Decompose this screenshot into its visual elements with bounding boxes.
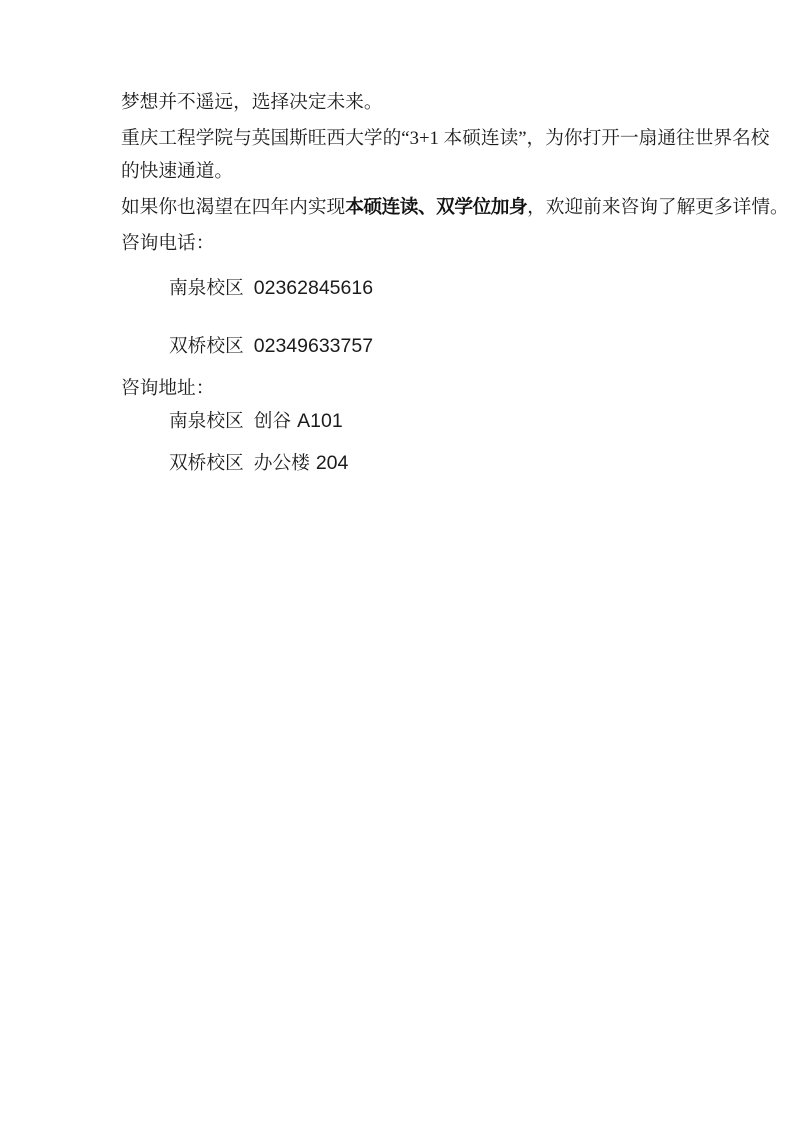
address-row-nanquan: 南泉校区创谷A101: [169, 405, 343, 438]
campus-label: 南泉校区: [169, 411, 244, 432]
phone-number: 02362845616: [254, 277, 373, 299]
program-paragraph-line1: 重庆工程学院与英国斯旺西大学的“3+1 本硕连读”，为你打开一扇通往世界名校: [121, 128, 770, 149]
campus-label: 南泉校区: [169, 278, 244, 299]
phone-number: 02349633757: [254, 335, 373, 357]
address-place: 创谷: [254, 411, 291, 432]
document-page: 梦想并不遥远，选择决定未来。 重庆工程学院与英国斯旺西大学的“3+1 本硕连读”…: [0, 0, 794, 1122]
program-paragraph: 重庆工程学院与英国斯旺西大学的“3+1 本硕连读”，为你打开一扇通往世界名校 的…: [121, 122, 770, 188]
invitation-prefix: 如果你也渴望在四年内实现: [121, 197, 345, 218]
invitation-suffix: ，欢迎前来咨询了解更多详情。: [527, 197, 789, 218]
address-section-heading: 咨询地址：: [121, 372, 214, 405]
invitation-bold-highlight: 本硕连读、双学位加身: [345, 196, 527, 217]
address-row-shuangqiao: 双桥校区办公楼204: [169, 447, 348, 480]
program-paragraph-line2: 的快速通道。: [121, 161, 233, 182]
campus-label: 双桥校区: [169, 336, 244, 357]
address-number: A101: [297, 410, 343, 432]
phone-section-heading: 咨询电话：: [121, 227, 214, 260]
address-number: 204: [316, 452, 349, 474]
campus-label: 双桥校区: [169, 453, 244, 474]
invitation-paragraph: 如果你也渴望在四年内实现本硕连读、双学位加身，欢迎前来咨询了解更多详情。: [121, 190, 789, 224]
intro-line: 梦想并不遥远，选择决定未来。: [121, 86, 383, 119]
phone-row-nanquan: 南泉校区02362845616: [169, 272, 373, 305]
phone-row-shuangqiao: 双桥校区02349633757: [169, 330, 373, 363]
address-place: 办公楼: [254, 453, 310, 474]
